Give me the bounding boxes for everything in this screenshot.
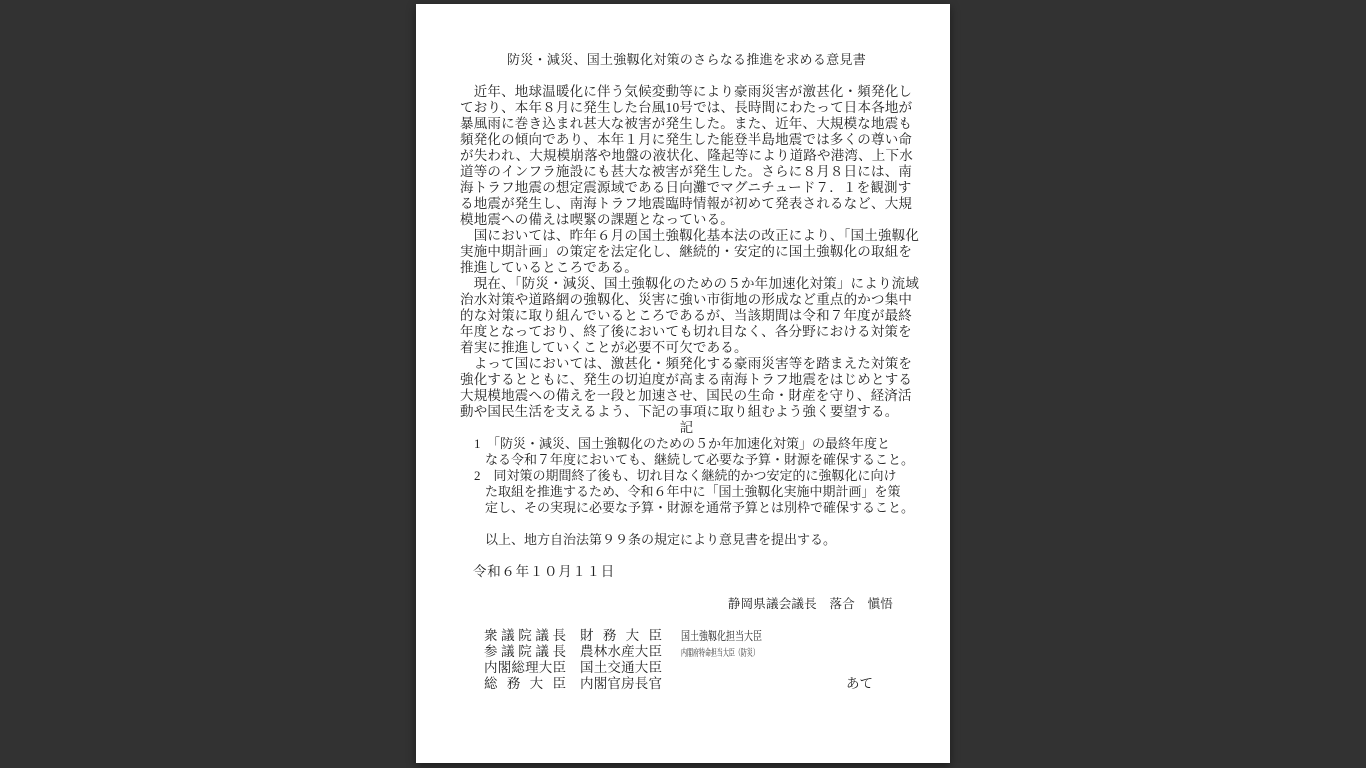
document-line: 暴風雨に巻き込まれ甚大な被害が発生した。また、近年、大規模な地震も <box>460 116 913 132</box>
recipient-suffix: あて <box>846 676 873 692</box>
document-line: 現在、「防災・減災、国土強靱化のための５か年加速化対策」により流域 <box>460 276 913 292</box>
recipient-col2: 国土交通大臣 <box>580 660 662 676</box>
recipient-col1: 参議院議長 <box>484 644 566 660</box>
recipient-col1: 内閣総理大臣 <box>484 660 566 676</box>
document-line: た取組を推進するため、令和６年中に「国土強靱化実施中期計画」を策 <box>460 484 913 500</box>
viewer-background: 防災・減災、国土強靱化対策のさらなる推進を求める意見書 近年、地球温暖化に伴う気… <box>0 0 1366 768</box>
recipient-col2: 財務大臣 <box>580 628 662 644</box>
recipient-col1: 総務大臣 <box>484 676 566 692</box>
document-line: 国においては、昨年６月の国土強靱化基本法の改正により、「国土強靱化 <box>460 228 913 244</box>
document-page: 防災・減災、国土強靱化対策のさらなる推進を求める意見書 近年、地球温暖化に伴う気… <box>416 4 950 763</box>
recipient-rows: 衆議院議長財務大臣国土強靱化担当大臣参議院議長農林水産大臣内閣府特命担当大臣（防… <box>460 628 913 692</box>
document-line: が失われ、大規模崩落や地盤の液状化、隆起等により道路や港湾、上下水 <box>460 148 913 164</box>
document-line: 静岡県議会議長 落合 愼悟 <box>460 596 913 612</box>
document-line: 1 「防災・減災、国土強靱化のための５か年加速化対策」の最終年度と <box>460 436 913 452</box>
document-line <box>460 580 913 596</box>
recipient-col2: 内閣官房長官 <box>580 676 662 692</box>
document-line: 道等のインフラ施設にも甚大な被害が発生した。さらに８月８日には、南 <box>460 164 913 180</box>
recipient-col3: 国土強靱化担当大臣 <box>681 628 789 644</box>
document-line: 以上、地方自治法第９９条の規定により意見書を提出する。 <box>460 532 913 548</box>
recipient-row: 内閣総理大臣国土交通大臣 <box>460 660 913 676</box>
document-line <box>460 548 913 564</box>
document-content: 防災・減災、国土強靱化対策のさらなる推進を求める意見書 近年、地球温暖化に伴う気… <box>460 52 913 692</box>
recipient-col1: 衆議院議長 <box>484 628 566 644</box>
recipient-col3-text: 国土強靱化担当大臣 <box>681 628 762 644</box>
recipient-row: 総務大臣内閣官房長官あて <box>460 676 913 692</box>
document-line: なる令和７年度においても、継続して必要な予算・財源を確保すること。 <box>460 452 913 468</box>
recipient-row: 参議院議長農林水産大臣内閣府特命担当大臣（防災） <box>460 644 913 660</box>
document-line: 海トラフ地震の想定震源域である日向灘でマグニチュード７．１を観測す <box>460 180 913 196</box>
document-line: 記 <box>460 420 913 436</box>
document-title: 防災・減災、国土強靱化対策のさらなる推進を求める意見書 <box>460 52 913 68</box>
recipient-row: 衆議院議長財務大臣国土強靱化担当大臣 <box>460 628 913 644</box>
document-line: 治水対策や道路網の強靱化、災害に強い市街地の形成など重点的かつ集中 <box>460 292 913 308</box>
document-line <box>460 68 913 84</box>
document-line: 着実に推進していくことが必要不可欠である。 <box>460 340 913 356</box>
document-line: 実施中期計画」の策定を法定化し、継続的・安定的に国土強靱化の取組を <box>460 244 913 260</box>
document-line: 大規模地震への備えを一段と加速させ、国民の生命・財産を守り、経済活 <box>460 388 913 404</box>
document-line: よって国においては、激甚化・頻発化する豪雨災害等を踏まえた対策を <box>460 356 913 372</box>
document-line: る地震が発生し、南海トラフ地震臨時情報が初めて発表されるなど、大規 <box>460 196 913 212</box>
document-lines: 近年、地球温暖化に伴う気候変動等により豪雨災害が激甚化・頻発化しており、本年８月… <box>460 68 913 612</box>
recipient-col2: 農林水産大臣 <box>580 644 662 660</box>
document-line <box>460 516 913 532</box>
document-line: 頻発化の傾向であり、本年１月に発生した能登半島地震では多くの尊い命 <box>460 132 913 148</box>
document-line: 年度となっており、終了後においても切れ目なく、各分野における対策を <box>460 324 913 340</box>
document-line: 強化するとともに、発生の切迫度が高まる南海トラフ地震をはじめとする <box>460 372 913 388</box>
document-line: 的な対策に取り組んでいるところであるが、当該期間は令和７年度が最終 <box>460 308 913 324</box>
document-line: 動や国民生活を支えるよう、下記の事項に取り組むよう強く要望する。 <box>460 404 913 420</box>
document-line: 2 同対策の期間終了後も、切れ目なく継続的かつ安定的に強靱化に向け <box>460 468 913 484</box>
document-line: 近年、地球温暖化に伴う気候変動等により豪雨災害が激甚化・頻発化し <box>460 84 913 100</box>
document-line: 定し、その実現に必要な予算・財源を通常予算とは別枠で確保すること。 <box>460 500 913 516</box>
document-line: ており、本年８月に発生した台風10号では、長時間にわたって日本各地が <box>460 100 913 116</box>
document-line: 令和６年１０月１１日 <box>460 564 913 580</box>
document-line: 模地震への備えは喫緊の課題となっている。 <box>460 212 913 228</box>
document-line: 推進しているところである。 <box>460 260 913 276</box>
